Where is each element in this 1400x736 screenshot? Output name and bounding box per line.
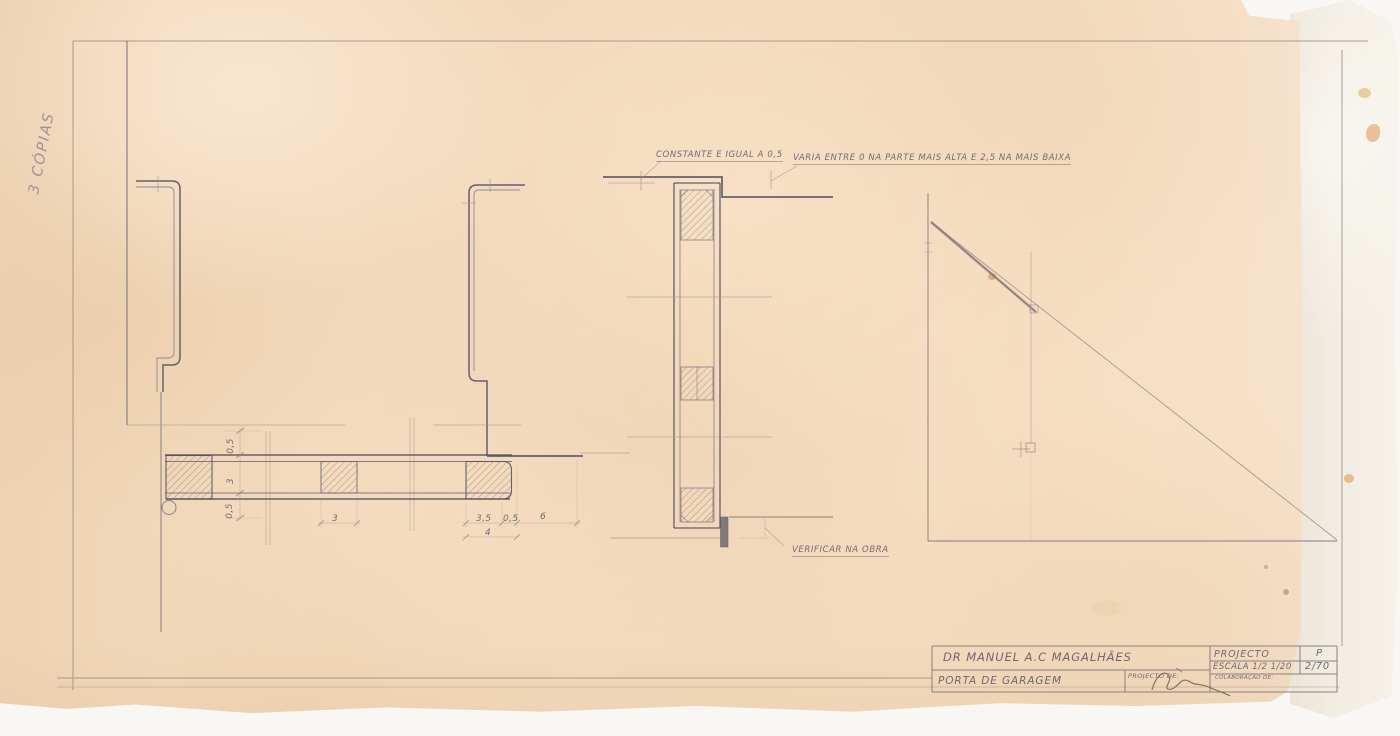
drawing-linework xyxy=(0,0,1400,736)
sheet-number: 2/70 xyxy=(1305,661,1330,672)
project-label: PROJECTO xyxy=(1214,649,1270,660)
elevation-view xyxy=(924,193,1337,541)
client-name: DR MANUEL A.C MAGALHÃES xyxy=(943,650,1132,664)
project-letter: P xyxy=(1316,648,1323,659)
dim-wall: 6 xyxy=(540,512,546,522)
variable-gap-note: VARIA ENTRE 0 NA PARTE MAIS ALTA E 2,5 N… xyxy=(793,153,1071,165)
verify-on-site-note: VERIFICAR NA OBRA xyxy=(792,545,889,557)
dim-edge-top: 0,5 xyxy=(226,433,236,459)
constant-gap-note: CONSTANTE E IGUAL A 0,5 xyxy=(656,150,783,162)
drawing-title: PORTA DE GARAGEM xyxy=(938,675,1062,687)
dim-edge-bottom: 0,5 xyxy=(225,498,235,524)
dim-gap: 0,5 xyxy=(503,514,519,524)
dim-jamb-width: 3,5 xyxy=(476,514,492,524)
section-view xyxy=(580,161,833,547)
plan-view xyxy=(127,176,583,632)
dim-core: 3 xyxy=(226,468,236,494)
dim-total: 4 xyxy=(485,528,491,538)
border-frame xyxy=(57,41,1368,690)
scale-value: ESCALA 1/2 1/20 xyxy=(1213,662,1292,672)
designed-by-label: PROJECTO DE: xyxy=(1128,672,1179,680)
dim-block-width: 3 xyxy=(332,514,338,524)
collaboration-label: COLABORAÇÃO DE: xyxy=(1215,675,1273,681)
